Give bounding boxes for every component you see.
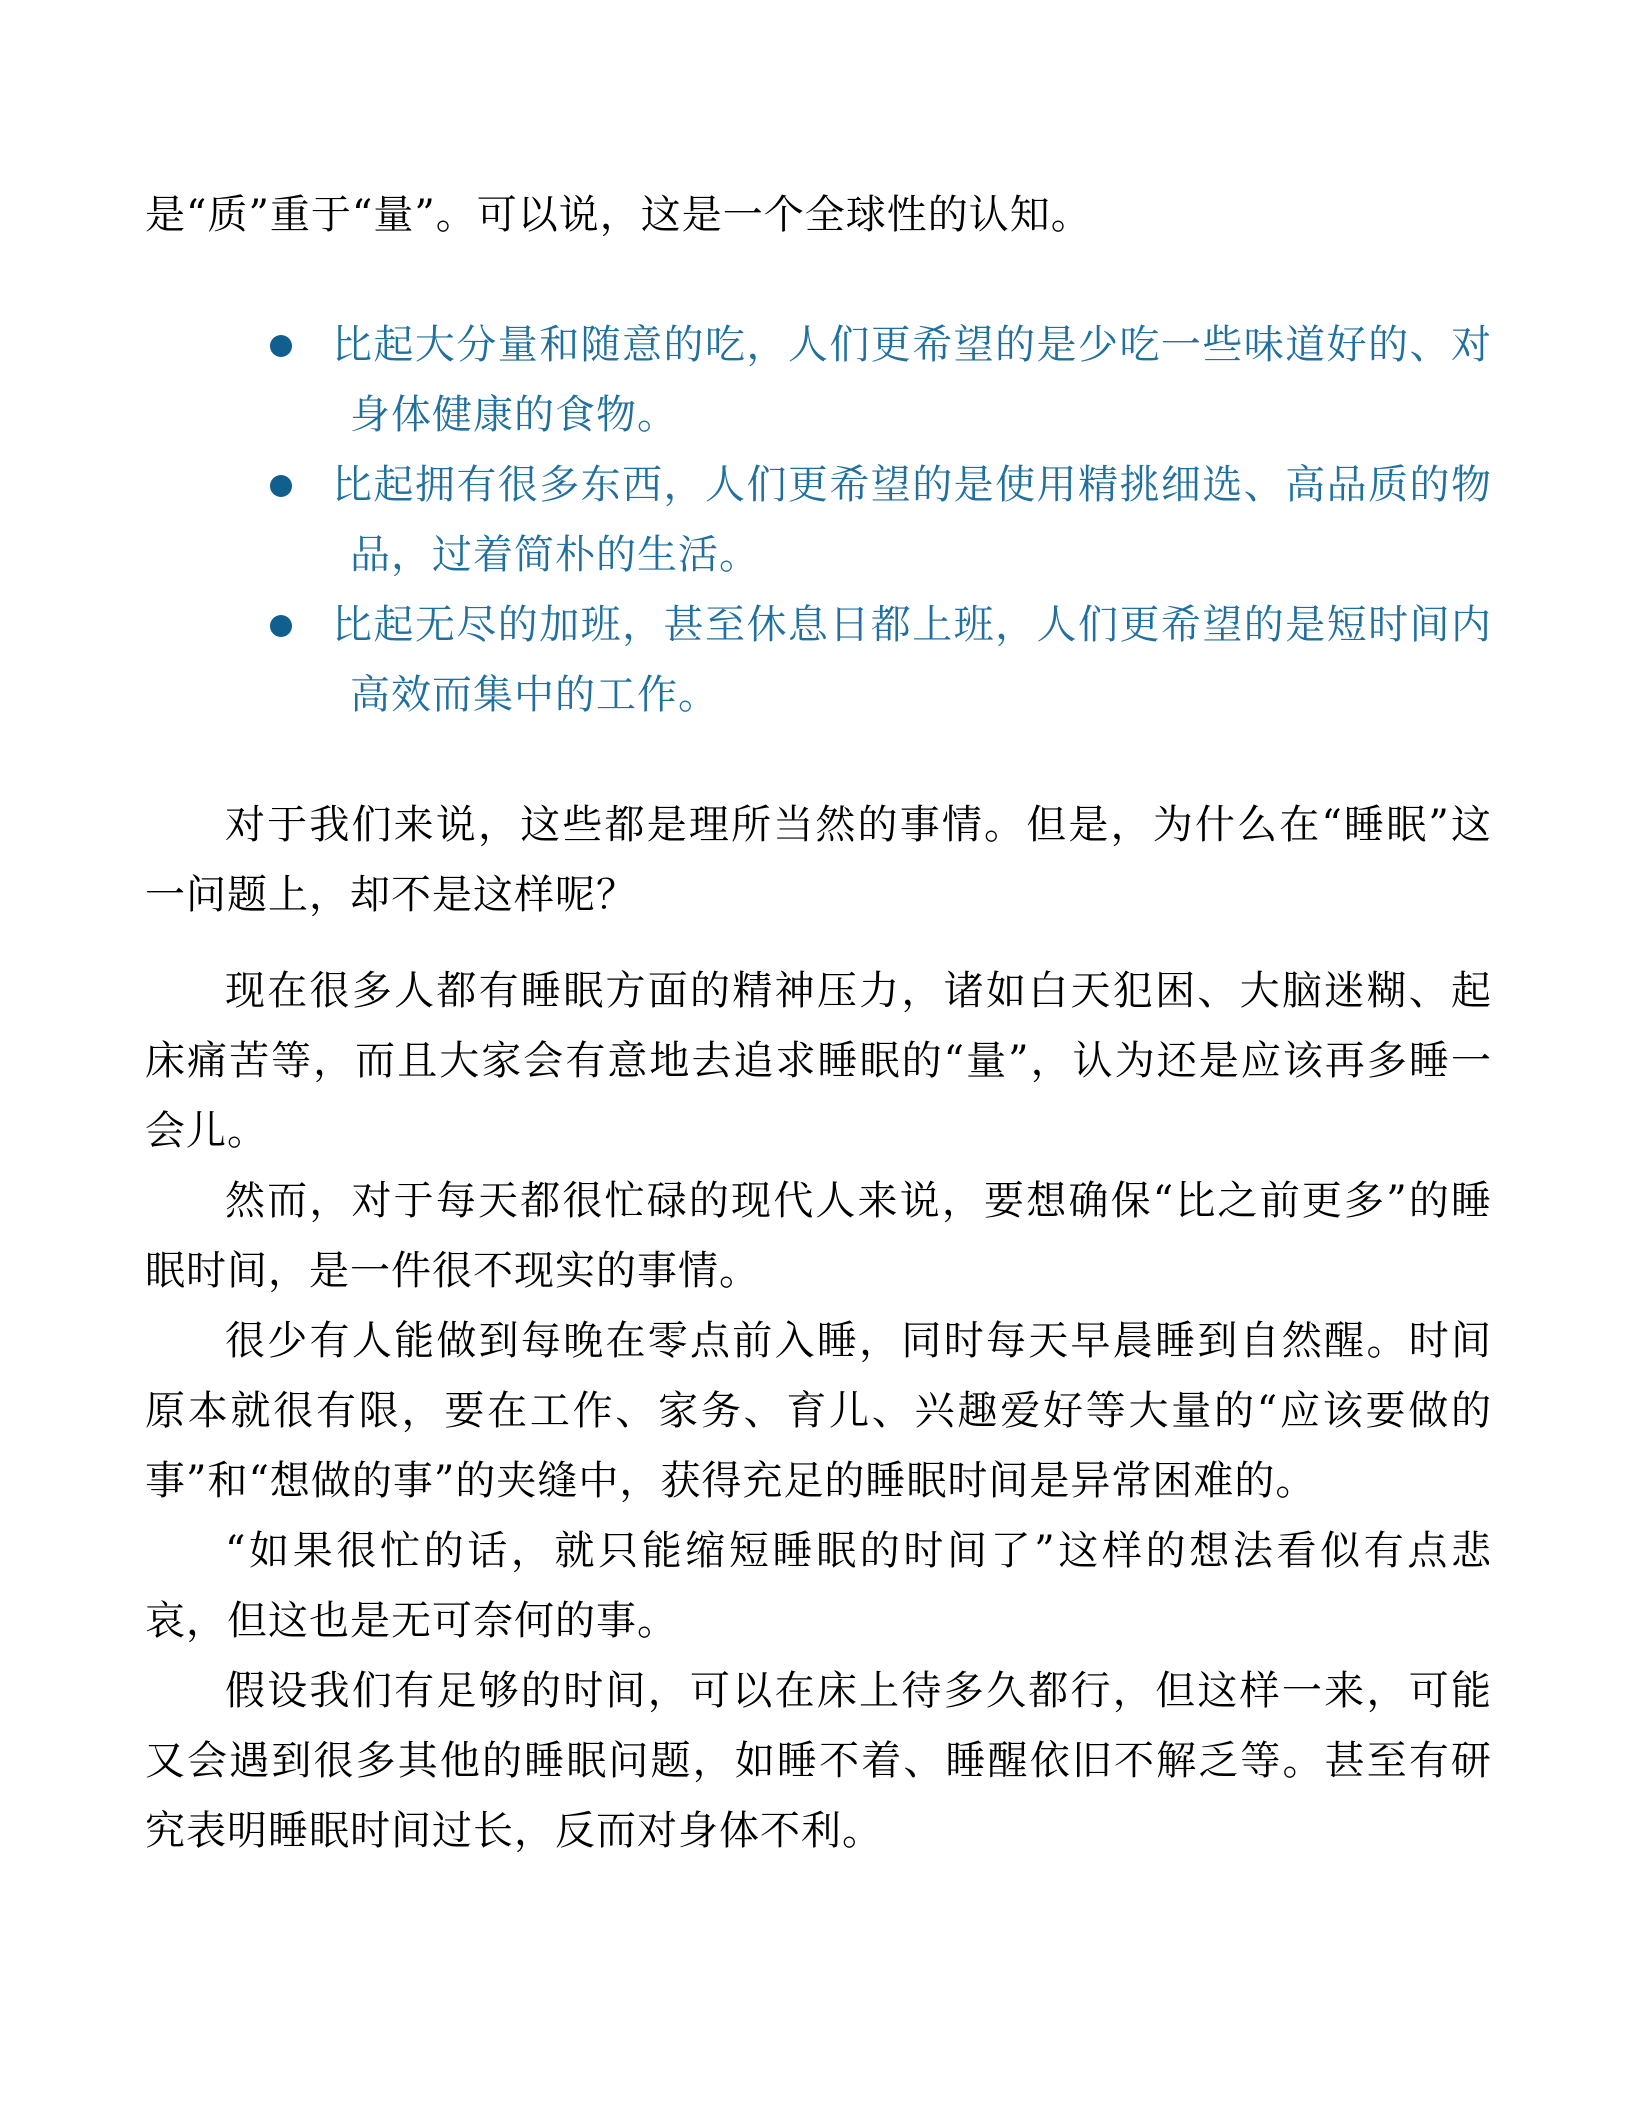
paragraph: 然而，对于每天都很忙碌的现代人来说，要想确保“比之前更多”的睡眠时间，是一件很不… <box>145 1166 1492 1306</box>
paragraph: 对于我们来说，这些都是理所当然的事情。但是，为什么在“睡眠”这一问题上，却不是这… <box>145 790 1492 930</box>
bullet-icon <box>270 335 292 357</box>
paragraph: 现在很多人都有睡眠方面的精神压力，诸如白天犯困、大脑迷糊、起床痛苦等，而且大家会… <box>145 956 1492 1166</box>
list-item-text: 比起无尽的加班，甚至休息日都上班，人们更希望的是短时间内高效而集中的工作。 <box>332 602 1492 718</box>
paragraph: 很少有人能做到每晚在零点前入睡，同时每天早晨睡到自然醒。时间原本就很有限，要在工… <box>145 1306 1492 1516</box>
list-item-text: 比起大分量和随意的吃，人们更希望的是少吃一些味道好的、对身体健康的食物。 <box>332 322 1492 438</box>
paragraph-continuation: 是“质”重于“量”。可以说，这是一个全球性的认知。 <box>145 180 1492 250</box>
bullet-list: 比起大分量和随意的吃，人们更希望的是少吃一些味道好的、对身体健康的食物。 比起拥… <box>145 310 1492 730</box>
list-item-text: 比起拥有很多东西，人们更希望的是使用精挑细选、高品质的物品，过着简朴的生活。 <box>332 462 1492 578</box>
paragraph: 假设我们有足够的时间，可以在床上待多久都行，但这样一来，可能又会遇到很多其他的睡… <box>145 1656 1492 1866</box>
bullet-icon <box>270 475 292 497</box>
bullet-icon <box>270 615 292 637</box>
list-item: 比起大分量和随意的吃，人们更希望的是少吃一些味道好的、对身体健康的食物。 <box>145 310 1492 450</box>
list-item: 比起无尽的加班，甚至休息日都上班，人们更希望的是短时间内高效而集中的工作。 <box>145 590 1492 730</box>
document-page: 是“质”重于“量”。可以说，这是一个全球性的认知。 比起大分量和随意的吃，人们更… <box>0 0 1632 2112</box>
paragraph: “如果很忙的话，就只能缩短睡眠的时间了”这样的想法看似有点悲哀，但这也是无可奈何… <box>145 1516 1492 1656</box>
list-item: 比起拥有很多东西，人们更希望的是使用精挑细选、高品质的物品，过着简朴的生活。 <box>145 450 1492 590</box>
